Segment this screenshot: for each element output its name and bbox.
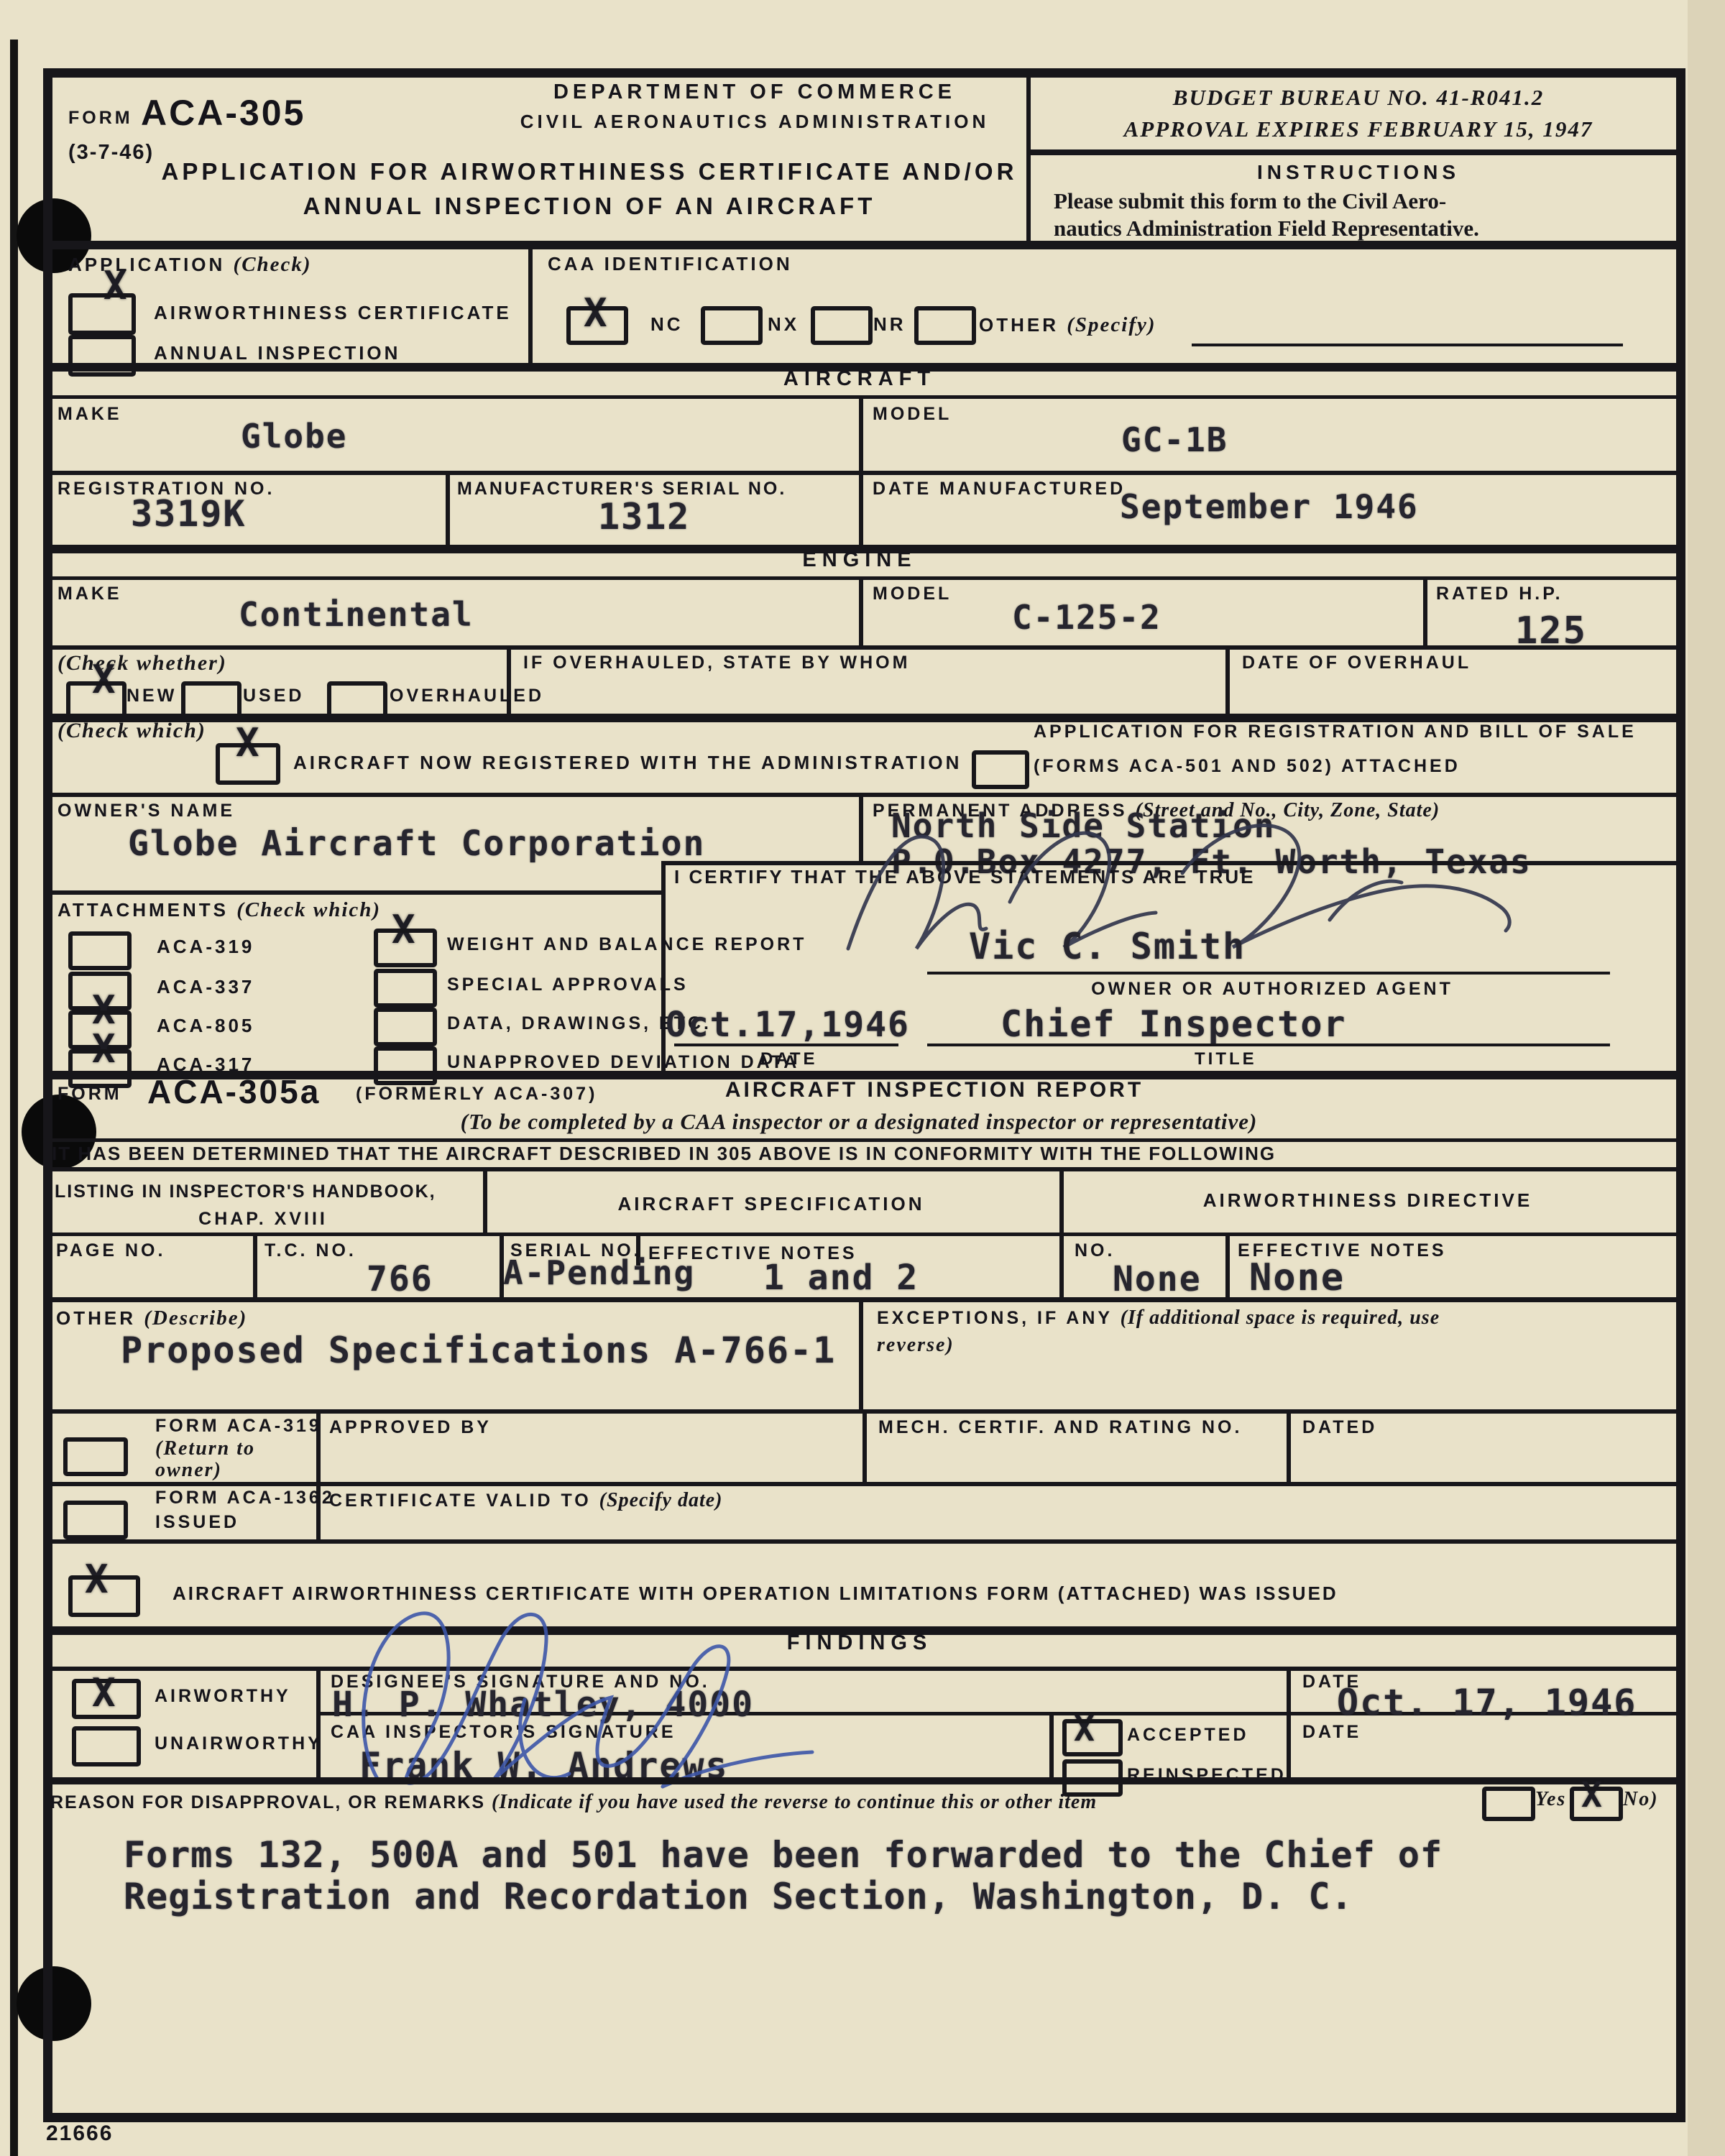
directive-col-header: AIRWORTHINESS DIRECTIVE xyxy=(1059,1189,1676,1212)
page-no-label: PAGE NO. xyxy=(56,1240,165,1261)
engine-model-label: MODEL xyxy=(873,584,952,604)
rule xyxy=(43,1409,1676,1414)
certify-date-value: Oct.17,1946 xyxy=(666,1005,910,1045)
check-which-label: (Check which) xyxy=(57,719,206,743)
cert-issued-checkbox xyxy=(68,1575,140,1617)
form-revision: (3-7-46) xyxy=(68,141,154,165)
aca-319-label: ACA-319 xyxy=(157,936,254,958)
form-title-line2: ANNUAL INSPECTION OF AN AIRCRAFT xyxy=(151,193,1028,220)
directive-no-label: NO. xyxy=(1075,1240,1115,1261)
other-exceptions-divider xyxy=(859,1297,863,1409)
tc-no-value: 766 xyxy=(367,1259,433,1299)
effective-notes-value: 1 and 2 xyxy=(763,1258,919,1298)
rule xyxy=(43,1667,1676,1671)
other-label: OTHER (Specify) xyxy=(979,313,1156,337)
administration-name: CIVIL AERONAUTICS ADMINISTRATION xyxy=(496,111,1013,133)
date-line xyxy=(674,1044,898,1046)
dated-label: DATED xyxy=(1302,1417,1377,1438)
report-form-number: ACA-305a xyxy=(147,1072,321,1111)
mfr-serial-value: 1312 xyxy=(598,496,690,538)
annual-inspection-label: ANNUAL INSPECTION xyxy=(154,342,400,364)
engine-model-value: C-125-2 xyxy=(1012,598,1161,637)
tc-no-label: T.C. NO. xyxy=(264,1240,356,1261)
findings-date-value: Oct. 17, 1946 xyxy=(1337,1682,1637,1723)
overhaul-date-divider xyxy=(1225,645,1230,714)
aircraft-model-value: GC-1B xyxy=(1121,420,1228,459)
nr-label: NR xyxy=(873,313,906,336)
form-aca319-checkbox xyxy=(63,1437,128,1476)
rule xyxy=(43,1482,1676,1486)
certificate-valid-to-label: CERTIFICATE VALID TO (Specify date) xyxy=(329,1489,723,1512)
aircraft-model-label: MODEL xyxy=(873,404,952,425)
department-name: DEPARTMENT OF COMMERCE xyxy=(496,80,1013,104)
notes-no-divider xyxy=(1059,1233,1064,1297)
findings-title: FINDINGS xyxy=(43,1631,1676,1655)
return-to-line2: owner) xyxy=(155,1459,222,1482)
report-subtitle: (To be completed by a CAA inspector or a… xyxy=(144,1109,1574,1135)
special-approvals-label: SPECIAL APPROVALS xyxy=(447,975,689,995)
check-whether-label: (Check whether) xyxy=(57,651,227,676)
instructions-line2: nautics Administration Field Representat… xyxy=(1054,216,1479,241)
caa-identification-label: CAA IDENTIFICATION xyxy=(548,253,793,275)
budget-bureau-line2: APPROVAL EXPIRES FEBRUARY 15, 1947 xyxy=(1042,116,1675,142)
engine-overhauled-label: OVERHAULED xyxy=(390,686,544,706)
accepted-box-divider xyxy=(1049,1712,1054,1777)
remarks-yes-checkbox xyxy=(1482,1787,1535,1821)
aircraft-section-title: AIRCRAFT xyxy=(43,367,1676,391)
instructions-line1: Please submit this form to the Civil Aer… xyxy=(1054,188,1446,214)
rule xyxy=(43,1138,1676,1142)
scan-edge-left xyxy=(10,40,18,2156)
form-aca1362-issued: ISSUED xyxy=(155,1512,239,1533)
scanned-form-page: FORM ACA-305 (3-7-46) DEPARTMENT OF COMM… xyxy=(0,0,1725,2156)
accepted-checkbox xyxy=(1062,1719,1123,1756)
rule xyxy=(43,1539,1676,1544)
date-mfg-label: DATE MANUFACTURED xyxy=(873,479,1126,499)
approved-by-label: APPROVED BY xyxy=(329,1417,492,1438)
remarks-label: REASON FOR DISAPPROVAL, OR REMARKS (Indi… xyxy=(50,1791,1097,1814)
rule xyxy=(43,645,1676,650)
listing-col-line1: LISTING IN INSPECTOR'S HANDBOOK, xyxy=(55,1181,436,1202)
attachments-label: ATTACHMENTS (Check which) xyxy=(57,898,381,922)
rule xyxy=(43,890,666,895)
remarks-no-checkbox xyxy=(1570,1787,1623,1821)
unapproved-deviation-label: UNAPPROVED DEVIATION DATA xyxy=(447,1052,799,1073)
unairworthy-checkbox xyxy=(72,1726,141,1766)
determination-statement: IT HAS BEEN DETERMINED THAT THE AIRCRAFT… xyxy=(52,1143,1276,1165)
other-value: Proposed Specifications A-766-1 xyxy=(121,1330,836,1371)
bill-of-sale-line1: APPLICATION FOR REGISTRATION AND BILL OF… xyxy=(1034,722,1637,742)
serial-date-divider xyxy=(859,471,863,545)
rule xyxy=(43,1233,1676,1236)
designee-ink-signature xyxy=(309,1595,834,1804)
registration-value: 3319K xyxy=(131,493,247,535)
aca-337-label: ACA-337 xyxy=(157,976,254,998)
rule xyxy=(43,1777,1676,1784)
airworthy-checkbox xyxy=(72,1679,141,1719)
aircraft-make-value: Globe xyxy=(241,417,347,456)
form-title-line1: APPLICATION FOR AIRWORTHINESS CERTIFICAT… xyxy=(151,158,1028,185)
registered-label: AIRCRAFT NOW REGISTERED WITH THE ADMINIS… xyxy=(293,752,962,774)
rule xyxy=(43,1167,1676,1171)
certify-title-label: TITLE xyxy=(1195,1049,1257,1069)
owner-signature-line xyxy=(927,972,1610,975)
airworthiness-certificate-checkbox xyxy=(68,293,136,335)
engine-make-model-divider xyxy=(859,576,863,645)
remarks-no-label: No) xyxy=(1623,1788,1659,1811)
aca-317-checkbox xyxy=(68,1049,132,1088)
instructions-divider xyxy=(1026,149,1677,155)
other-describe-label: OTHER (Describe) xyxy=(56,1307,247,1330)
aca-319-checkbox xyxy=(68,931,132,970)
remarks-text-line2: Registration and Recordation Section, Wa… xyxy=(124,1876,1353,1917)
report-formerly: (FORMERLY ACA-307) xyxy=(356,1084,597,1105)
remarks-yes-label: Yes xyxy=(1535,1788,1566,1811)
certify-title-value: Chief Inspector xyxy=(1000,1003,1347,1045)
nx-label: NX xyxy=(768,313,799,336)
data-drawings-checkbox xyxy=(374,1008,437,1046)
engine-make-value: Continental xyxy=(239,595,474,634)
aca319-divider3 xyxy=(1287,1409,1291,1482)
engine-make-label: MAKE xyxy=(57,584,122,604)
title-line xyxy=(927,1044,1610,1046)
document-number: 21666 xyxy=(46,2122,113,2146)
directive-no-value: None xyxy=(1113,1259,1202,1299)
date-of-overhaul-label: DATE OF OVERHAUL xyxy=(1242,653,1471,673)
report-form-label: FORM xyxy=(57,1084,122,1105)
other-checkbox xyxy=(914,306,976,345)
date-mfg-value: September 1946 xyxy=(1120,487,1419,526)
nr-checkbox xyxy=(811,306,873,345)
engine-section-title: ENGINE xyxy=(43,548,1676,572)
no-notes2-divider xyxy=(1225,1233,1230,1297)
rated-hp-label: RATED H.P. xyxy=(1436,584,1563,604)
header-divider xyxy=(1026,68,1031,243)
unairworthy-label: UNAIRWORTHY xyxy=(155,1733,323,1754)
aircraft-make-label: MAKE xyxy=(57,404,122,425)
instructions-title: INSTRUCTIONS xyxy=(1042,161,1675,184)
engine-used-label: USED xyxy=(243,686,304,706)
form-aca1362-label: FORM ACA-1362 xyxy=(155,1488,335,1508)
accepted-label: ACCEPTED xyxy=(1127,1725,1249,1746)
page-tc-divider xyxy=(253,1233,257,1297)
bill-of-sale-line2: (FORMS ACA-501 AND 502) ATTACHED xyxy=(1034,756,1460,777)
owner-name-value: Globe Aircraft Corporation xyxy=(128,824,705,864)
spec-col-header: AIRCRAFT SPECIFICATION xyxy=(483,1193,1059,1215)
exceptions-label-line2: reverse) xyxy=(877,1334,954,1357)
registered-checkbox xyxy=(216,743,280,785)
application-caa-divider xyxy=(528,241,533,363)
owner-signed-name: Vic C. Smith xyxy=(969,926,1246,967)
bill-of-sale-checkbox xyxy=(972,750,1029,789)
findings-date2-label: DATE xyxy=(1302,1722,1361,1743)
effective-notes2-value: None xyxy=(1249,1256,1345,1299)
engine-new-label: NEW xyxy=(126,686,177,706)
engine-hp-divider xyxy=(1423,576,1427,645)
form-number: ACA-305 xyxy=(141,92,305,134)
return-to-line1: (Return to xyxy=(155,1437,255,1460)
aca-805-label: ACA-805 xyxy=(157,1015,254,1037)
findings-date-divider xyxy=(1287,1667,1291,1777)
airworthy-label: AIRWORTHY xyxy=(155,1686,291,1707)
budget-bureau-line1: BUDGET BUREAU NO. 41-R041.2 xyxy=(1042,85,1675,111)
weight-balance-label: WEIGHT AND BALANCE REPORT xyxy=(447,934,806,955)
owner-name-label: OWNER'S NAME xyxy=(57,801,235,821)
mech-certif-label: MECH. CERTIF. AND RATING NO. xyxy=(878,1417,1242,1438)
form-aca1362-checkbox xyxy=(63,1501,128,1539)
exceptions-label-line1: EXCEPTIONS, IF ANY (If additional space … xyxy=(877,1307,1440,1330)
other-specify-line xyxy=(1192,344,1623,346)
aca319-divider2 xyxy=(862,1409,867,1482)
remarks-text-line1: Forms 132, 500A and 501 have been forwar… xyxy=(124,1834,1443,1876)
weight-balance-checkbox xyxy=(374,929,437,967)
nc-checkbox xyxy=(566,306,628,345)
nc-label: NC xyxy=(650,313,684,336)
reg-serial-divider xyxy=(446,471,450,545)
rule xyxy=(43,241,1676,249)
nx-checkbox xyxy=(701,306,763,345)
owner-agent-label: OWNER OR AUTHORIZED AGENT xyxy=(1028,979,1517,1000)
certify-date-label: DATE xyxy=(760,1049,818,1069)
report-title: AIRCRAFT INSPECTION REPORT xyxy=(632,1078,1236,1102)
form-aca319-label: FORM ACA-319 xyxy=(155,1416,322,1437)
form-label: FORM xyxy=(68,108,133,129)
if-overhauled-label: IF OVERHAULED, STATE BY WHOM xyxy=(523,653,910,673)
special-approvals-checkbox xyxy=(374,969,437,1008)
listing-col-line2: CHAP. XVIII xyxy=(43,1209,483,1230)
aircraft-make-model-divider xyxy=(859,395,863,471)
airworthiness-certificate-label: AIRWORTHINESS CERTIFICATE xyxy=(154,302,512,324)
